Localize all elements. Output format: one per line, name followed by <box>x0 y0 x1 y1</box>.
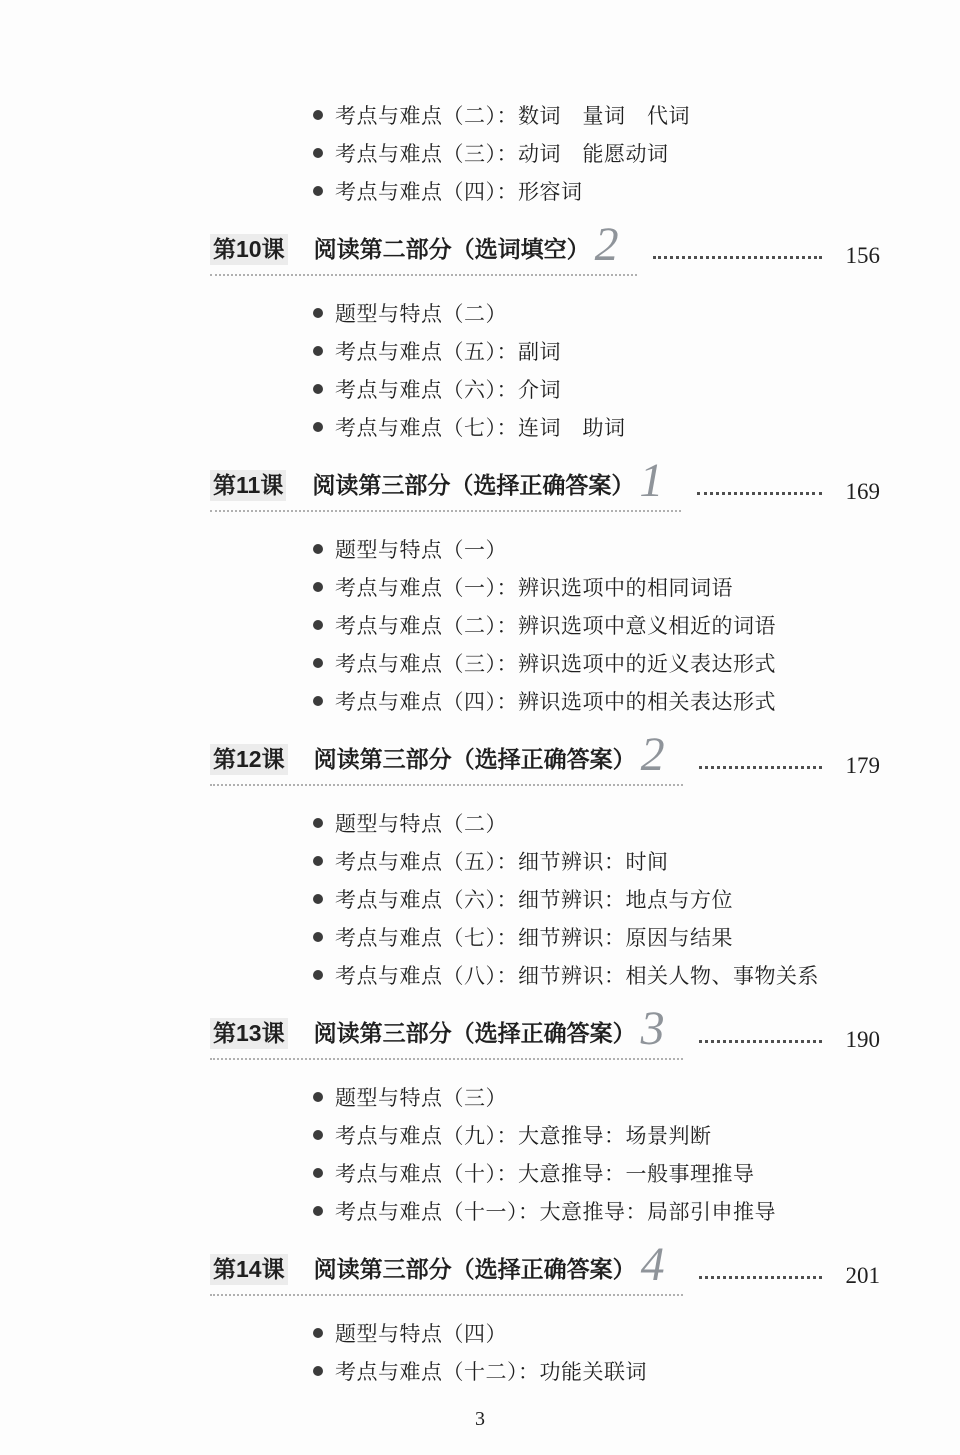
toc-item-label: 考点与难点（五）：副词 <box>335 336 561 366</box>
page-ref: 190 <box>836 1027 880 1053</box>
toc-item: 考点与难点（七）：细节辨识：原因与结果 <box>313 918 960 956</box>
bullet-icon <box>313 148 323 158</box>
toc-item: 考点与难点（一）：辨识选项中的相同词语 <box>313 568 960 606</box>
dot-leader <box>653 256 822 259</box>
lesson-title: 阅读第三部分（选择正确答案） <box>314 1019 636 1048</box>
toc-item-label: 考点与难点（九）：大意推导：场景判断 <box>335 1120 712 1150</box>
toc-item-label: 考点与难点（六）：细节辨识：地点与方位 <box>335 884 733 914</box>
bullet-icon <box>313 818 323 828</box>
toc-item-label: 考点与难点（五）：细节辨识：时间 <box>335 846 669 876</box>
bullet-icon <box>313 308 323 318</box>
page-number-footer: 3 <box>0 1408 960 1431</box>
bullet-icon <box>313 932 323 942</box>
toc-item-label: 考点与难点（二）：数词 量词 代词 <box>335 100 690 130</box>
bullet-icon <box>313 620 323 630</box>
toc-item: 考点与难点（六）：细节辨识：地点与方位 <box>313 880 960 918</box>
bullet-icon <box>313 856 323 866</box>
lesson-title: 阅读第三部分（选择正确答案） <box>314 745 636 774</box>
lesson-header-main: 第14课 阅读第三部分（选择正确答案） 4 <box>210 1254 683 1296</box>
toc-item-label: 题型与特点（二） <box>335 808 507 838</box>
lesson-number-badge: 第12课 <box>210 744 288 775</box>
bullet-icon <box>313 1092 323 1102</box>
toc-item: 考点与难点（三）：辨识选项中的近义表达形式 <box>313 644 960 682</box>
lesson-number-badge: 第14课 <box>210 1254 288 1285</box>
toc-item: 题型与特点（一） <box>313 530 960 568</box>
bullet-icon <box>313 544 323 554</box>
lesson-header-main: 第12课 阅读第三部分（选择正确答案） 2 <box>210 744 683 786</box>
bullet-icon <box>313 658 323 668</box>
toc-item-label: 考点与难点（十二）：功能关联词 <box>335 1356 647 1386</box>
dot-leader <box>697 492 822 495</box>
bullet-icon <box>313 346 323 356</box>
toc-item-label: 考点与难点（四）：辨识选项中的相关表达形式 <box>335 686 776 716</box>
lesson-header: 第12课 阅读第三部分（选择正确答案） 2 179 <box>210 744 880 786</box>
lesson-header-main: 第10课 阅读第二部分（选词填空） 2 <box>210 234 637 276</box>
bullet-icon <box>313 970 323 980</box>
lesson-number-badge: 第13课 <box>210 1018 288 1049</box>
lesson-header: 第11课 阅读第三部分（选择正确答案） 1 169 <box>210 470 880 512</box>
toc-item-label: 考点与难点（二）：辨识选项中意义相近的词语 <box>335 610 776 640</box>
toc-item-label: 考点与难点（八）：细节辨识：相关人物、事物关系 <box>335 960 819 990</box>
toc-item: 题型与特点（四） <box>313 1314 960 1352</box>
toc-item: 考点与难点（十）：大意推导：一般事理推导 <box>313 1154 960 1192</box>
toc-page: 考点与难点（二）：数词 量词 代词 考点与难点（三）：动词 能愿动词 考点与难点… <box>0 0 960 1455</box>
toc-item-label: 题型与特点（一） <box>335 534 507 564</box>
toc-item: 考点与难点（二）：数词 量词 代词 <box>313 96 960 134</box>
toc-item: 考点与难点（二）：辨识选项中意义相近的词语 <box>313 606 960 644</box>
toc-item: 考点与难点（十二）：功能关联词 <box>313 1352 960 1390</box>
toc-item-label: 考点与难点（三）：辨识选项中的近义表达形式 <box>335 648 776 678</box>
toc-section-lesson-13: 第13课 阅读第三部分（选择正确答案） 3 190 题型与特点（三） 考点与难点… <box>0 1018 960 1230</box>
lesson-subitems: 题型与特点（三） 考点与难点（九）：大意推导：场景判断 考点与难点（十）：大意推… <box>313 1078 960 1230</box>
toc-item-label: 考点与难点（三）：动词 能愿动词 <box>335 138 669 168</box>
page-ref: 179 <box>836 753 880 779</box>
toc-item-label: 考点与难点（六）：介词 <box>335 374 561 404</box>
bullet-icon <box>313 696 323 706</box>
toc-item-label: 考点与难点（十一）：大意推导：局部引申推导 <box>335 1196 776 1226</box>
bullet-icon <box>313 384 323 394</box>
lesson-subitems: 题型与特点（一） 考点与难点（一）：辨识选项中的相同词语 考点与难点（二）：辨识… <box>313 530 960 720</box>
toc-item: 考点与难点（五）：细节辨识：时间 <box>313 842 960 880</box>
bullet-icon <box>313 186 323 196</box>
intro-subitems: 考点与难点（二）：数词 量词 代词 考点与难点（三）：动词 能愿动词 考点与难点… <box>313 96 960 210</box>
lesson-title: 阅读第二部分（选词填空） <box>314 235 590 264</box>
toc-item-label: 题型与特点（二） <box>335 298 507 328</box>
page-ref: 169 <box>836 479 880 505</box>
toc-section-lesson-11: 第11课 阅读第三部分（选择正确答案） 1 169 题型与特点（一） 考点与难点… <box>0 470 960 720</box>
toc-item: 考点与难点（六）：介词 <box>313 370 960 408</box>
toc-section-lesson-14: 第14课 阅读第三部分（选择正确答案） 4 201 题型与特点（四） 考点与难点… <box>0 1254 960 1390</box>
lesson-header: 第14课 阅读第三部分（选择正确答案） 4 201 <box>210 1254 880 1296</box>
lesson-subitems: 题型与特点（二） 考点与难点（五）：副词 考点与难点（六）：介词 考点与难点（七… <box>313 294 960 446</box>
bullet-icon <box>313 1328 323 1338</box>
lesson-number-badge: 第11课 <box>210 470 286 501</box>
page-ref: 156 <box>836 243 880 269</box>
lesson-subitems: 题型与特点（四） 考点与难点（十二）：功能关联词 <box>313 1314 960 1390</box>
bullet-icon <box>313 110 323 120</box>
dot-leader <box>699 1040 822 1043</box>
bullet-icon <box>313 1366 323 1376</box>
lesson-header-main: 第11课 阅读第三部分（选择正确答案） 1 <box>210 470 681 512</box>
toc-item-label: 题型与特点（四） <box>335 1318 507 1348</box>
toc-item: 考点与难点（四）：辨识选项中的相关表达形式 <box>313 682 960 720</box>
bullet-icon <box>313 1206 323 1216</box>
toc-item: 题型与特点（三） <box>313 1078 960 1116</box>
toc-item: 考点与难点（八）：细节辨识：相关人物、事物关系 <box>313 956 960 994</box>
toc-item: 考点与难点（十一）：大意推导：局部引申推导 <box>313 1192 960 1230</box>
toc-item-label: 考点与难点（七）：细节辨识：原因与结果 <box>335 922 733 952</box>
toc-item-label: 考点与难点（七）：连词 助词 <box>335 412 626 442</box>
toc-item: 考点与难点（九）：大意推导：场景判断 <box>313 1116 960 1154</box>
dot-leader <box>699 1276 822 1279</box>
bullet-icon <box>313 422 323 432</box>
lesson-number-badge: 第10课 <box>210 234 288 265</box>
toc-item: 考点与难点（七）：连词 助词 <box>313 408 960 446</box>
bullet-icon <box>313 1130 323 1140</box>
lesson-subitems: 题型与特点（二） 考点与难点（五）：细节辨识：时间 考点与难点（六）：细节辨识：… <box>313 804 960 994</box>
dot-leader <box>699 766 822 769</box>
bullet-icon <box>313 582 323 592</box>
toc-item: 题型与特点（二） <box>313 294 960 332</box>
toc-item-label: 考点与难点（十）：大意推导：一般事理推导 <box>335 1158 755 1188</box>
toc-item: 考点与难点（三）：动词 能愿动词 <box>313 134 960 172</box>
bullet-icon <box>313 1168 323 1178</box>
toc-item-label: 考点与难点（四）：形容词 <box>335 176 583 206</box>
toc-item: 考点与难点（四）：形容词 <box>313 172 960 210</box>
toc-content: 考点与难点（二）：数词 量词 代词 考点与难点（三）：动词 能愿动词 考点与难点… <box>0 0 960 1390</box>
toc-item-label: 题型与特点（三） <box>335 1082 507 1112</box>
lesson-header: 第10课 阅读第二部分（选词填空） 2 156 <box>210 234 880 276</box>
bullet-icon <box>313 894 323 904</box>
toc-item-label: 考点与难点（一）：辨识选项中的相同词语 <box>335 572 733 602</box>
toc-section-lesson-10: 第10课 阅读第二部分（选词填空） 2 156 题型与特点（二） 考点与难点（五… <box>0 234 960 446</box>
toc-item: 考点与难点（五）：副词 <box>313 332 960 370</box>
lesson-header-main: 第13课 阅读第三部分（选择正确答案） 3 <box>210 1018 683 1060</box>
lesson-title: 阅读第三部分（选择正确答案） <box>312 471 634 500</box>
toc-item: 题型与特点（二） <box>313 804 960 842</box>
lesson-title: 阅读第三部分（选择正确答案） <box>314 1255 636 1284</box>
lesson-header: 第13课 阅读第三部分（选择正确答案） 3 190 <box>210 1018 880 1060</box>
toc-section-lesson-12: 第12课 阅读第三部分（选择正确答案） 2 179 题型与特点（二） 考点与难点… <box>0 744 960 994</box>
page-ref: 201 <box>836 1263 880 1289</box>
